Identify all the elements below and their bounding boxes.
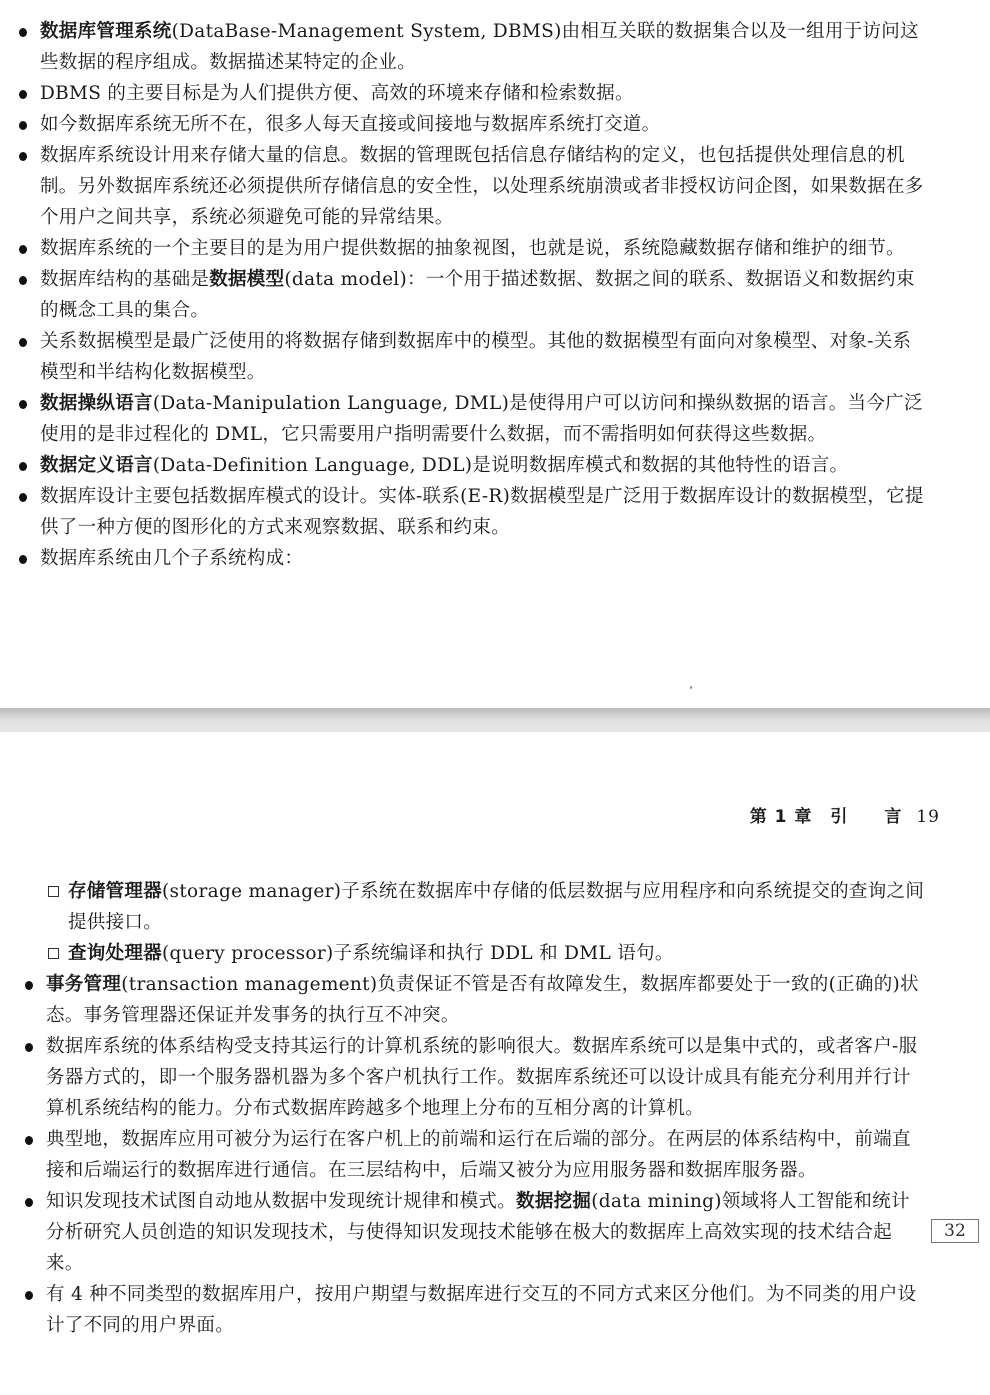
bullet-icon xyxy=(25,1198,33,1207)
list-item: 典型地，数据库应用可被分为运行在客户机上的前端和运行在后端的部分。在两层的体系结… xyxy=(24,1124,928,1186)
bullet-icon xyxy=(19,400,27,409)
item-text: 数据库系统的体系结构受支持其运行的计算机系统的影响很大。数据库系统可以是集中式的… xyxy=(46,1036,917,1119)
bullet-icon xyxy=(25,981,33,990)
term: 事务管理 xyxy=(46,974,121,995)
item-text: 数据库系统设计用来存储大量的信息。数据的管理既包括信息存储结构的定义，也包括提供… xyxy=(40,145,924,228)
list-item: 关系数据模型是最广泛使用的将数据存储到数据库中的模型。其他的数据模型有面向对象模… xyxy=(18,326,928,388)
list-item: 数据库系统设计用来存储大量的信息。数据的管理既包括信息存储结构的定义，也包括提供… xyxy=(18,140,928,233)
bullet-icon xyxy=(19,276,27,285)
bullet-icon xyxy=(19,462,27,471)
subsystem-list: 存储管理器(storage manager)子系统在数据库中存储的低层数据与应用… xyxy=(48,876,928,969)
list-item: 事务管理(transaction management)负责保证不管是否有故障发… xyxy=(24,969,928,1031)
list-item: 数据库系统的体系结构受支持其运行的计算机系统的影响很大。数据库系统可以是集中式的… xyxy=(24,1031,928,1124)
list-item: 数据库设计主要包括数据库模式的设计。实体-联系(E-R)数据模型是广泛用于数据库… xyxy=(18,481,928,543)
bullet-icon xyxy=(19,245,27,254)
list-item: 如今数据库系统无所不在，很多人每天直接或间接地与数据库系统打交道。 xyxy=(18,109,928,140)
bullet-icon xyxy=(25,1043,33,1052)
chapter-label: 第 1 章 xyxy=(750,807,813,827)
bullet-icon xyxy=(19,338,27,347)
term: 数据定义语言 xyxy=(40,455,153,476)
square-bullet-icon xyxy=(48,886,59,897)
item-text: (Data-Manipulation Language, DML)是使得用户可以… xyxy=(40,393,923,445)
term: 数据操纵语言 xyxy=(40,393,153,414)
summary-list-top: 数据库管理系统(DataBase-Management System, DBMS… xyxy=(18,16,928,574)
item-text: (transaction management)负责保证不管是否有故障发生，数据… xyxy=(46,974,919,1026)
item-text: 数据库系统的一个主要目的是为用户提供数据的抽象视图，也就是说，系统隐藏数据存储和… xyxy=(40,238,905,259)
list-item: DBMS 的主要目标是为人们提供方便、高效的环境来存储和检索数据。 xyxy=(18,78,928,109)
list-item: 数据操纵语言(Data-Manipulation Language, DML)是… xyxy=(18,388,928,450)
sub-list-item: 存储管理器(storage manager)子系统在数据库中存储的低层数据与应用… xyxy=(48,876,928,938)
list-item: 有 4 种不同类型的数据库用户，按用户期望与数据库进行交互的不同方式来区分他们。… xyxy=(24,1279,928,1341)
bullet-icon xyxy=(25,1291,33,1300)
item-text: 如今数据库系统无所不在，很多人每天直接或间接地与数据库系统打交道。 xyxy=(40,114,660,135)
sub-list-item: 查询处理器(query processor)子系统编译和执行 DDL 和 DML… xyxy=(48,938,928,969)
bullet-icon xyxy=(19,152,27,161)
scan-artifact xyxy=(689,686,692,690)
item-text: 数据库设计主要包括数据库模式的设计。实体-联系(E-R)数据模型是广泛用于数据库… xyxy=(40,486,924,538)
item-text: 关系数据模型是最广泛使用的将数据存储到数据库中的模型。其他的数据模型有面向对象模… xyxy=(40,331,911,383)
bullet-icon xyxy=(19,90,27,99)
term: 数据挖掘 xyxy=(516,1191,591,1212)
page-number: 19 xyxy=(916,807,940,827)
item-text: (Data-Definition Language, DDL)是说明数据库模式和… xyxy=(153,455,849,476)
bullet-icon xyxy=(19,493,27,502)
item-pre-text: 数据库结构的基础是 xyxy=(40,269,209,290)
item-text: 数据库系统由几个子系统构成： xyxy=(40,548,303,569)
term: 查询处理器 xyxy=(68,943,162,964)
item-pre-text: 知识发现技术试图自动地从数据中发现统计规律和模式。 xyxy=(46,1191,516,1212)
bullet-icon xyxy=(19,121,27,130)
page-separator xyxy=(0,708,990,732)
list-item: 数据库管理系统(DataBase-Management System, DBMS… xyxy=(18,16,928,78)
margin-page-number: 32 xyxy=(931,1219,979,1243)
list-item: 数据库系统由几个子系统构成： xyxy=(18,543,928,574)
list-item: 数据定义语言(Data-Definition Language, DDL)是说明… xyxy=(18,450,928,481)
running-header: 第 1 章引 言19 xyxy=(750,802,940,827)
list-item: 知识发现技术试图自动地从数据中发现统计规律和模式。数据挖掘(data minin… xyxy=(24,1186,928,1279)
bullet-icon xyxy=(19,28,27,37)
summary-list-bottom: 事务管理(transaction management)负责保证不管是否有故障发… xyxy=(24,969,928,1341)
item-text: (storage manager)子系统在数据库中存储的低层数据与应用程序和向系… xyxy=(68,881,924,933)
bullet-icon xyxy=(25,1136,33,1145)
term: 数据模型 xyxy=(209,269,284,290)
item-text: 典型地，数据库应用可被分为运行在客户机上的前端和运行在后端的部分。在两层的体系结… xyxy=(46,1129,911,1181)
list-item: 数据库结构的基础是数据模型(data model)：一个用于描述数据、数据之间的… xyxy=(18,264,928,326)
term: 数据库管理系统 xyxy=(40,21,172,42)
square-bullet-icon xyxy=(48,948,59,959)
list-item: 数据库系统的一个主要目的是为用户提供数据的抽象视图，也就是说，系统隐藏数据存储和… xyxy=(18,233,928,264)
page-top: 数据库管理系统(DataBase-Management System, DBMS… xyxy=(0,0,990,708)
item-text: DBMS 的主要目标是为人们提供方便、高效的环境来存储和检索数据。 xyxy=(40,83,634,104)
bullet-icon xyxy=(19,555,27,564)
item-text: 有 4 种不同类型的数据库用户，按用户期望与数据库进行交互的不同方式来区分他们。… xyxy=(46,1284,916,1336)
term: 存储管理器 xyxy=(68,881,162,902)
item-text: (query processor)子系统编译和执行 DDL 和 DML 语句。 xyxy=(162,943,674,964)
chapter-title: 引 言 xyxy=(830,807,902,827)
item-text: (DataBase-Management System, DBMS)由相互关联的… xyxy=(40,21,919,73)
